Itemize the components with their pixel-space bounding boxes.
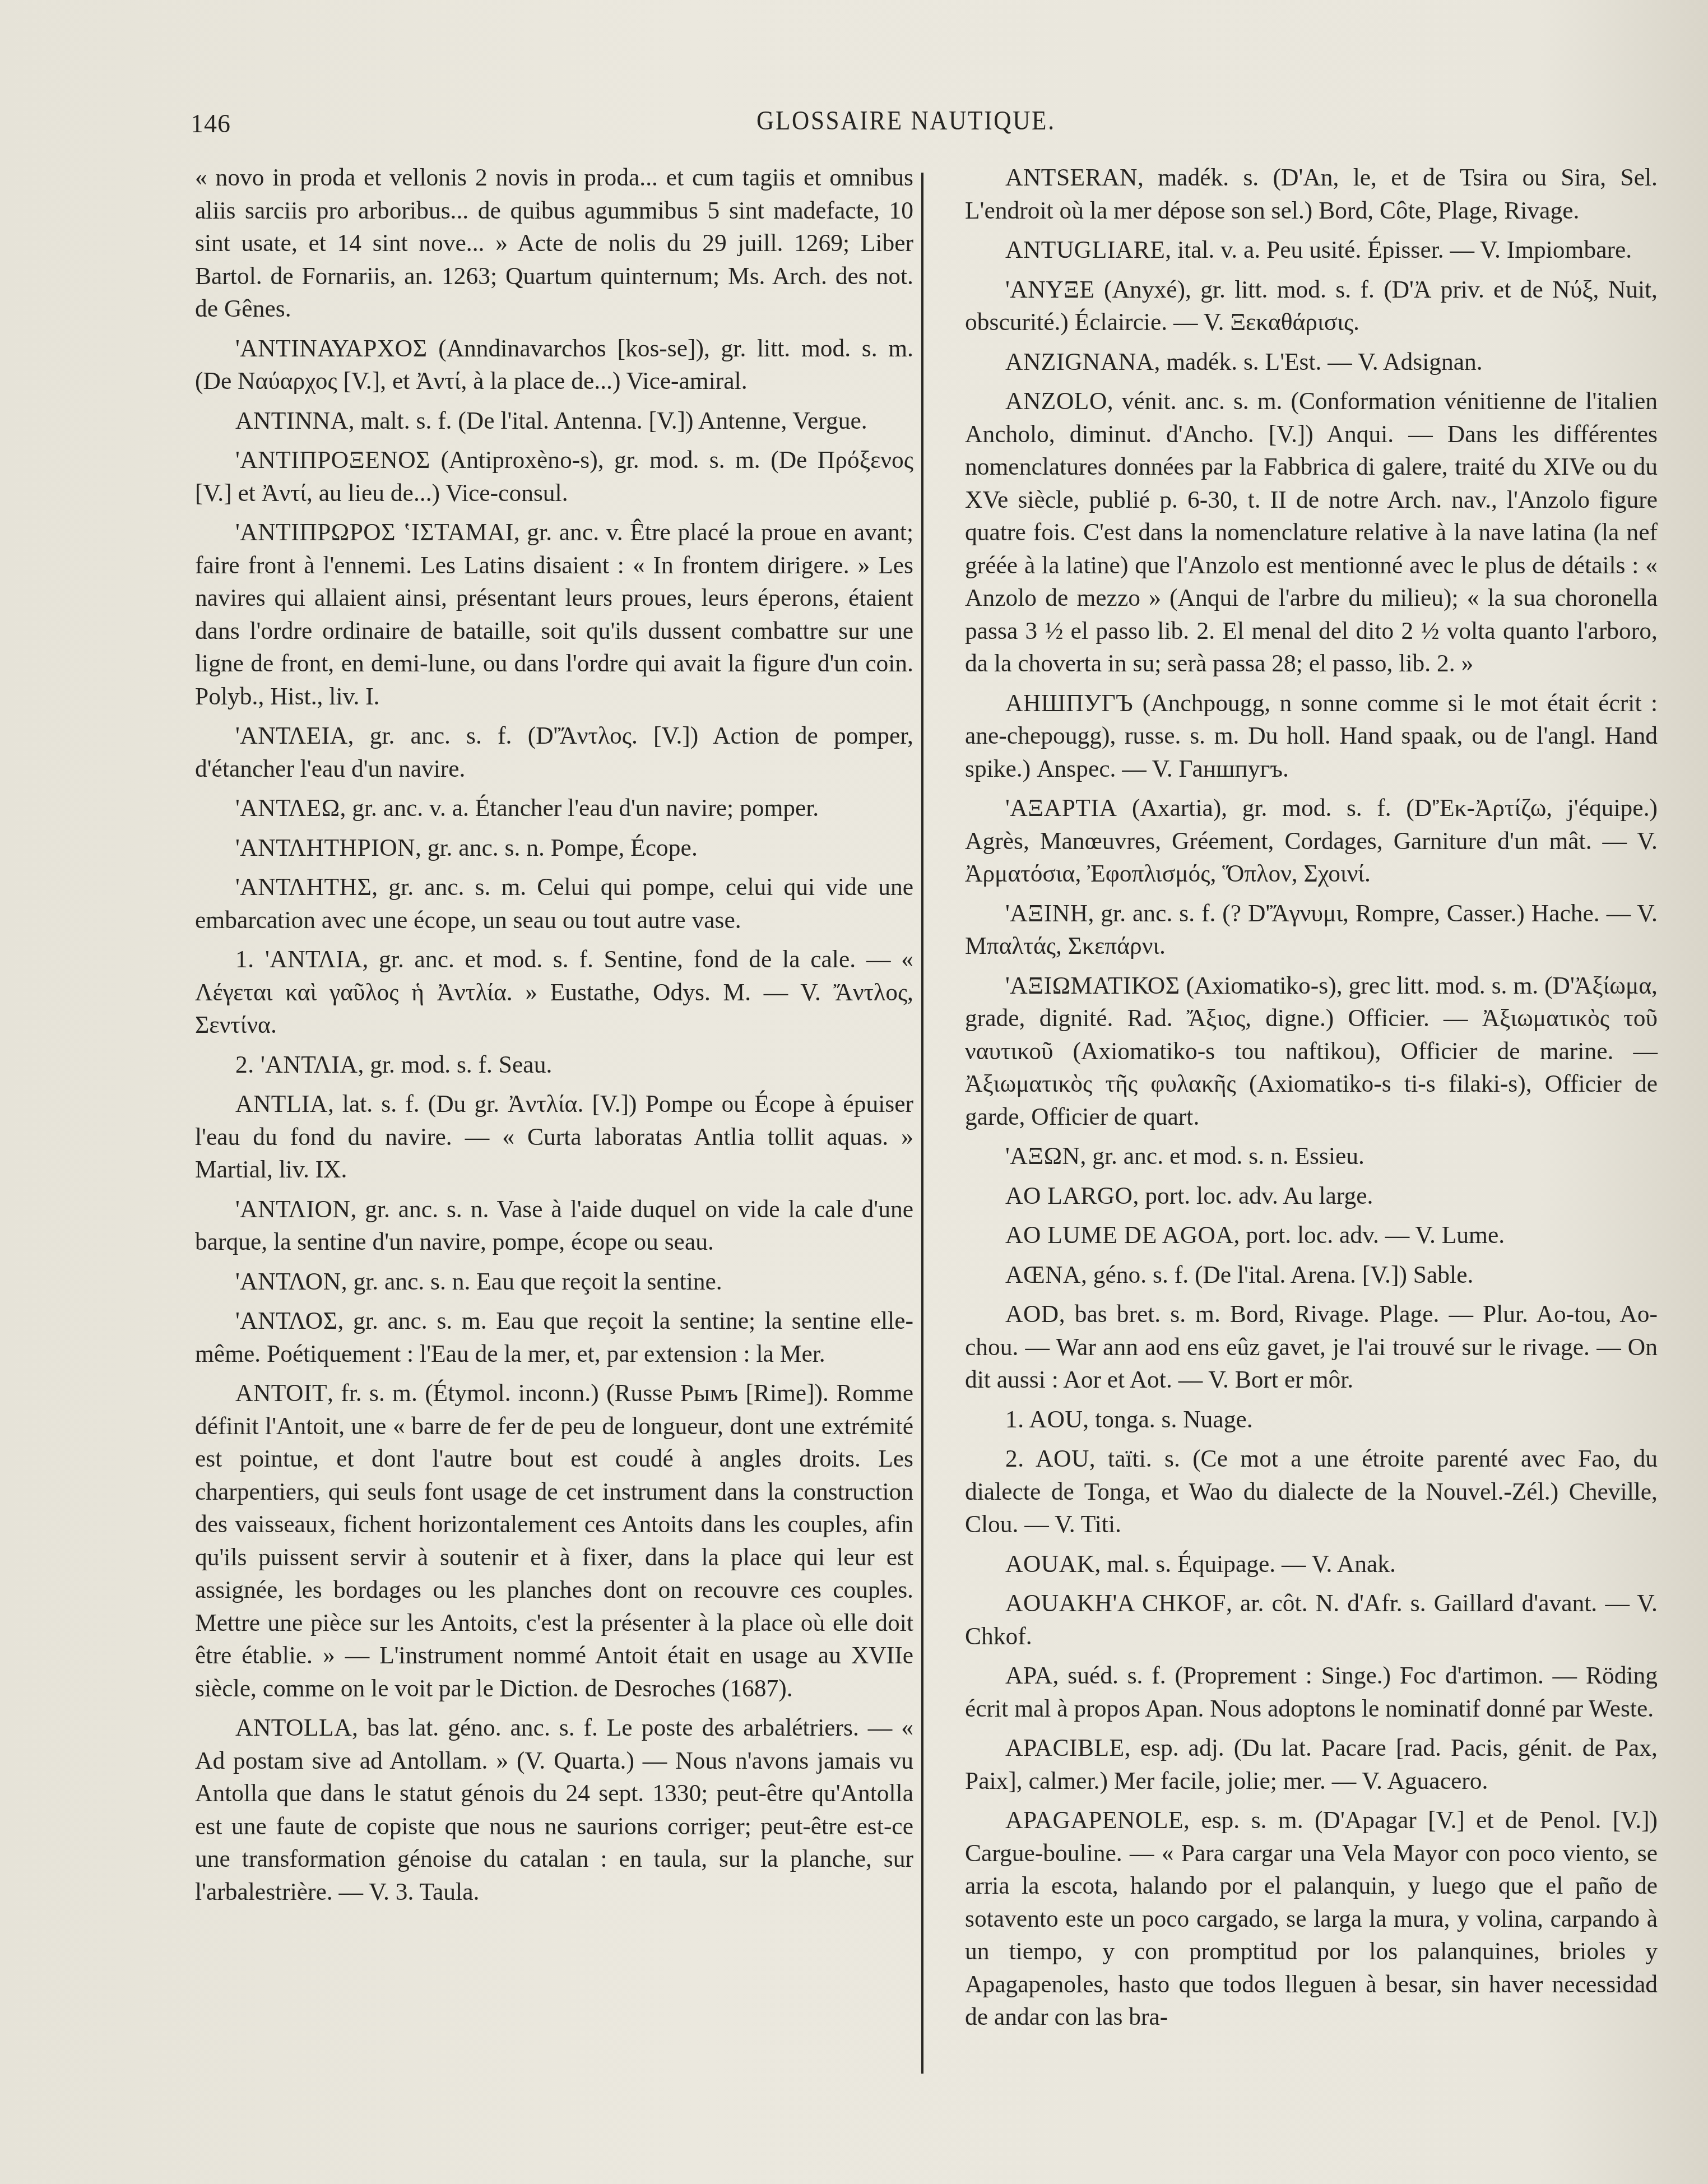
headword: 'ΑΝΤΛΗΤΗΡΙΟΝ — [235, 834, 415, 861]
entry-axartia: 'ΑΞΑΡΤΙΑ (Axartia), gr. mod. s. f. (D'Ἐκ… — [965, 792, 1658, 891]
entry-antlos: 'ΑΝΤΛΟΣ, gr. anc. s. m. Eau que reçoit l… — [195, 1305, 913, 1370]
headword: 'ΑΝΤΛΕΙΑ — [235, 722, 348, 749]
headword: ANZIGNANA — [1005, 349, 1154, 375]
headword: 'ΑΝΤΙΝΑΥΑΡΧΟΣ — [235, 335, 427, 362]
definition: , vénit. anc. s. m. (Conformation véniti… — [965, 388, 1658, 677]
headword: 'ΑΝΤΛΟΝ — [235, 1268, 341, 1295]
page-number: 146 — [191, 109, 231, 138]
headword: 'ΑΝΤΛΟΣ — [235, 1307, 338, 1334]
entry-antlia-2: 2. 'ΑΝΤΛΙΑ, gr. mod. s. f. Seau. — [195, 1049, 913, 1082]
definition: , malt. s. f. (De l'ital. Antenna. [V.])… — [349, 407, 867, 434]
definition: , mal. s. Équipage. — V. Anak. — [1095, 1551, 1396, 1578]
headword: AOUAK — [1005, 1551, 1095, 1578]
entry-aod: AOD, bas bret. s. m. Bord, Rivage. Plage… — [965, 1298, 1658, 1397]
entry-apagapenole: APAGAPENOLE, esp. s. m. (D'Apagar [V.] e… — [965, 1804, 1658, 2034]
headword: ANTOIT — [235, 1380, 327, 1407]
headword: AOUAKH'A CHKOF — [1005, 1590, 1226, 1617]
entry-antlia-1: 1. 'ΑΝΤΛΙΑ, gr. anc. et mod. s. f. Senti… — [195, 943, 913, 1042]
entry-antleia: 'ΑΝΤΛΕΙΑ, gr. anc. s. f. (D'Ἄντλος. [V.]… — [195, 720, 913, 785]
definition: , gr. anc. v. Être placé la proue en ava… — [195, 519, 913, 710]
entry-antleo: 'ΑΝΤΛΕΩ, gr. anc. v. a. Étancher l'eau d… — [195, 792, 913, 825]
entry-antolla: ANTOLLA, bas lat. géno. anc. s. f. Le po… — [195, 1712, 913, 1908]
headword: APAGAPENOLE — [1005, 1807, 1183, 1834]
headword: 'ΑΝΥΞΕ — [1005, 276, 1095, 303]
definition: , madék. s. L'Est. — V. Adsignan. — [1154, 349, 1482, 375]
headword: 'ΑΞΙΝΗ — [1005, 900, 1088, 927]
book-page: 146 GLOSSAIRE NAUTIQUE. « novo in proda … — [0, 0, 1708, 2184]
headword: AOD — [1005, 1301, 1059, 1328]
entry-antseran: ANTSERAN, madék. s. (D'An, le, et de Tsi… — [965, 161, 1658, 227]
left-column: « novo in proda et vellonis 2 novis in p… — [195, 161, 913, 1915]
definition: , fr. s. m. (Étymol. inconn.) (Russe Рым… — [195, 1380, 913, 1702]
definition: , gr. anc. s. n. Pompe, Écope. — [415, 834, 698, 861]
entry-aou-1: 1. AOU, tonga. s. Nuage. — [965, 1403, 1658, 1436]
entry-antlon: 'ΑΝΤΛΟΝ, gr. anc. s. n. Eau que reçoit l… — [195, 1265, 913, 1299]
entry-antlia-lat: ANTLIA, lat. s. f. (Du gr. Ἀντλία. [V.])… — [195, 1088, 913, 1186]
entry-aena: AŒNA, géno. s. f. (De l'ital. Arena. [V.… — [965, 1259, 1658, 1292]
headword: 1. AOU — [1005, 1406, 1083, 1433]
headword: 2. AOU — [1005, 1445, 1089, 1472]
definition: , tonga. s. Nuage. — [1083, 1406, 1252, 1433]
entry-anzolo: ANZOLO, vénit. anc. s. m. (Conformation … — [965, 385, 1658, 680]
right-column: ANTSERAN, madék. s. (D'An, le, et de Tsi… — [965, 161, 1658, 2041]
running-head: 146 GLOSSAIRE NAUTIQUE. — [191, 105, 1659, 139]
entry-aou-2: 2. AOU, taïti. s. (Ce mot a une étroite … — [965, 1443, 1658, 1541]
definition: , esp. s. m. (D'Apagar [V.] et de Penol.… — [965, 1807, 1658, 2030]
headword: 'ΑΝΤΛΙΟΝ — [235, 1196, 350, 1223]
definition: , gr. anc. s. n. Eau que reçoit la senti… — [341, 1268, 722, 1295]
entry-antleterion: 'ΑΝΤΛΗΤΗΡΙΟΝ, gr. anc. s. n. Pompe, Écop… — [195, 832, 913, 865]
entry-apacible: APACIBLE, esp. adj. (Du lat. Pacare [rad… — [965, 1732, 1658, 1797]
definition: , port. loc. adv. — V. Lume. — [1233, 1222, 1505, 1249]
entry-anchpougg: АНШПУГЪ (Anchpougg, n sonne comme si le … — [965, 687, 1658, 786]
entry-antugliare: ANTUGLIARE, ital. v. a. Peu usité. Épiss… — [965, 234, 1658, 267]
definition: , bas lat. géno. anc. s. f. Le poste des… — [195, 1714, 913, 1905]
entry-antinna: ANTINNA, malt. s. f. (De l'ital. Antenna… — [195, 405, 913, 438]
headword: 'ΑΝΤΛΕΩ — [235, 795, 340, 822]
definition: , géno. s. f. (De l'ital. Arena. [V.]) S… — [1081, 1262, 1473, 1288]
entry-aouakha-chkof: AOUAKH'A CHKOF, ar. côt. N. d'Afr. s. Ga… — [965, 1587, 1658, 1653]
headword: APA — [1005, 1662, 1053, 1689]
headword: ANZOLO — [1005, 388, 1107, 415]
headword: 'ΑΝΤΛΗΤΗΣ — [235, 874, 372, 901]
headword: 'ΑΞΑΡΤΙΑ — [1005, 795, 1117, 822]
definition: , gr. anc. v. a. Étancher l'eau d'un nav… — [340, 795, 819, 822]
entry-ao-lume: AO LUME DE AGOA, port. loc. adv. — V. Lu… — [965, 1219, 1658, 1252]
headword: 'ΑΝΤΙΠΡΟΞΕΝΟΣ — [235, 447, 430, 474]
definition: , gr. mod. s. f. Seau. — [358, 1051, 553, 1078]
headword: ANTOLLA — [235, 1714, 352, 1741]
page-header-title: GLOSSAIRE NAUTIQUE. — [756, 105, 1056, 136]
entry-antletes: 'ΑΝΤΛΗΤΗΣ, gr. anc. s. m. Celui qui pomp… — [195, 871, 913, 936]
headword: ANTINNA — [235, 407, 349, 434]
entry-anyxe: 'ΑΝΥΞΕ (Anyxé), gr. litt. mod. s. f. (D'… — [965, 273, 1658, 339]
definition: , port. loc. adv. Au large. — [1133, 1183, 1373, 1209]
entry-aouak: AOUAK, mal. s. Équipage. — V. Anak. — [965, 1548, 1658, 1581]
headword: 2. 'ΑΝΤΛΙΑ — [235, 1051, 358, 1078]
headword: ANTUGLIARE — [1005, 237, 1165, 263]
headword: ANTLIA — [235, 1091, 328, 1117]
headword: АНШПУГЪ — [1005, 690, 1133, 717]
headword: ANTSERAN — [1005, 164, 1138, 191]
entry-continuation: « novo in proda et vellonis 2 novis in p… — [195, 161, 913, 326]
headword: AO LARGO — [1005, 1183, 1133, 1209]
entry-antinayarchos: 'ΑΝΤΙΝΑΥΑΡΧΟΣ (Anndinavarchos [kos-se]),… — [195, 332, 913, 398]
headword: 'ΑΝΤΙΠΡΩΡΟΣ ʽΙΣΤΑΜΑΙ — [235, 519, 514, 546]
headword: 'ΑΞΙΩΜΑΤΙΚΟΣ — [1005, 972, 1180, 999]
entry-antiproros: 'ΑΝΤΙΠΡΩΡΟΣ ʽΙΣΤΑΜΑΙ, gr. anc. v. Être p… — [195, 516, 913, 713]
entry-antlion: 'ΑΝΤΛΙΟΝ, gr. anc. s. n. Vase à l'aide d… — [195, 1193, 913, 1259]
entry-axine: 'ΑΞΙΝΗ, gr. anc. s. f. (? D'Ἄγνυμι, Romp… — [965, 897, 1658, 963]
entry-apa: APA, suéd. s. f. (Proprement : Singe.) F… — [965, 1659, 1658, 1725]
entry-anzignana: ANZIGNANA, madék. s. L'Est. — V. Adsigna… — [965, 346, 1658, 379]
definition: , gr. anc. et mod. s. n. Essieu. — [1080, 1143, 1364, 1170]
headword: APACIBLE — [1005, 1735, 1125, 1761]
definition: , ital. v. a. Peu usité. Épisser. — V. I… — [1165, 237, 1632, 263]
entry-axiomatikos: 'ΑΞΙΩΜΑΤΙΚΟΣ (Axiomatiko-s), grec litt. … — [965, 970, 1658, 1134]
entry-antiproxenos: 'ΑΝΤΙΠΡΟΞΕΝΟΣ (Antiproxèno-s), gr. mod. … — [195, 444, 913, 509]
entry-ao-largo: AO LARGO, port. loc. adv. Au large. — [965, 1180, 1658, 1213]
headword: AŒNA — [1005, 1262, 1081, 1288]
column-divider-rule — [921, 173, 923, 2074]
definition: , bas bret. s. m. Bord, Rivage. Plage. —… — [965, 1301, 1658, 1393]
headword: 1. 'ΑΝΤΛΙΑ — [235, 946, 362, 973]
entry-antoit: ANTOIT, fr. s. m. (Étymol. inconn.) (Rus… — [195, 1377, 913, 1705]
definition: , suéd. s. f. (Proprement : Singe.) Foc … — [965, 1662, 1658, 1722]
headword: AO LUME DE AGOA — [1005, 1222, 1233, 1249]
headword: 'ΑΞΩΝ — [1005, 1143, 1080, 1170]
entry-axon: 'ΑΞΩΝ, gr. anc. et mod. s. n. Essieu. — [965, 1140, 1658, 1173]
